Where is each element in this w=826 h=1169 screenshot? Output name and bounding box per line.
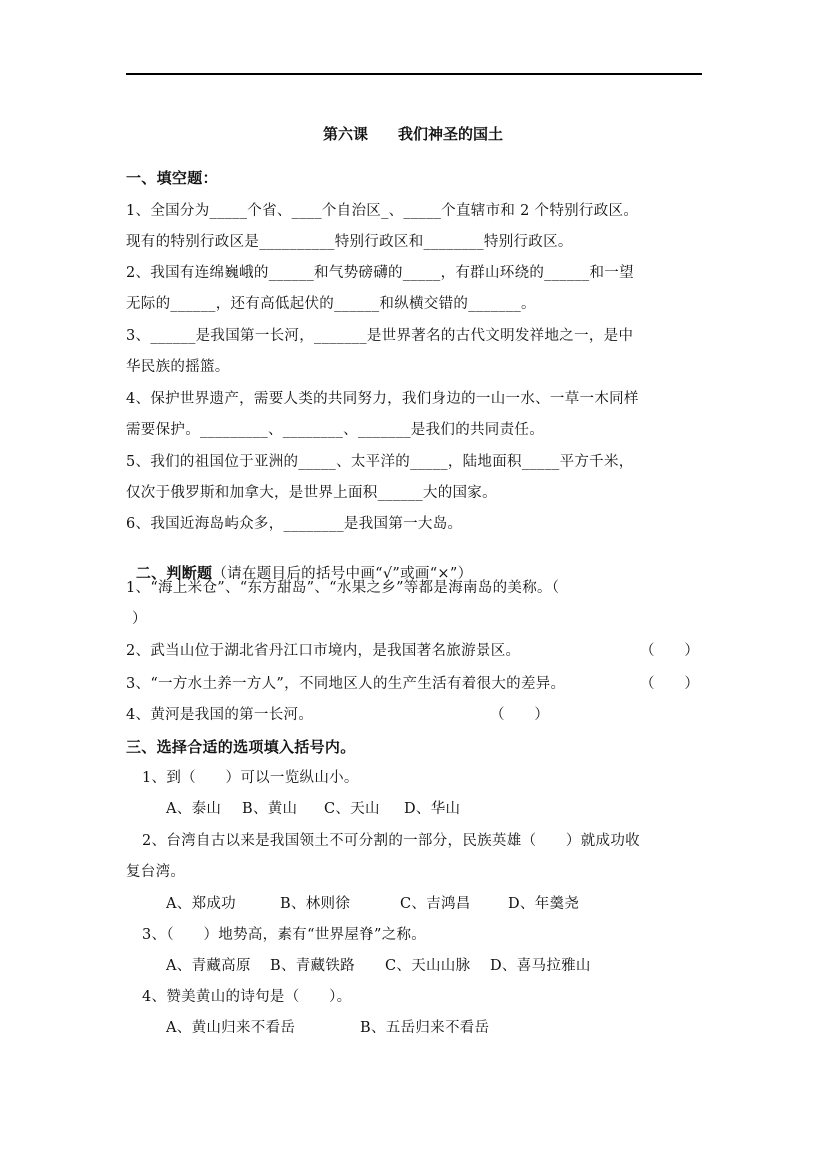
option[interactable]: C、吉鸿昌 [400,895,471,913]
option[interactable]: C、天山 [324,800,380,818]
true-false-item: 4、黄河是我国的第一长河。 [126,706,313,724]
fill-blank-line: 仅次于俄罗斯和加拿大，是世界上面积______大的国家。 [126,484,497,502]
fill-blank-line: 3、______是我国第一长河，_______是世界著名的古代文明发祥地之一，是… [126,327,633,345]
section-heading-fill-blank: 一、填空题： [126,169,218,187]
true-false-item: 1、“海上米仓”、“东方甜岛”、“水果之乡”等都是海南岛的美称。（ [126,579,559,597]
option[interactable]: B、青藏铁路 [270,957,355,975]
option[interactable]: D、年羹尧 [508,895,579,913]
fill-blank-line: 5、我们的祖国位于亚洲的_____、太平洋的_____，陆地面积_____平方千… [126,453,634,471]
question-stem: 2、台湾自古以来是我国领土不可分割的一部分，民族英雄（ ）就成功收 [142,832,640,850]
option[interactable]: A、青藏高原 [166,957,251,975]
option[interactable]: B、五岳归来不看岳 [360,1019,489,1037]
option[interactable]: A、泰山 [166,800,221,818]
true-false-item: 2、武当山位于湖北省丹江口市境内，是我国著名旅游景区。 [126,642,520,660]
option[interactable]: A、郑成功 [166,895,236,913]
option[interactable]: D、华山 [404,800,460,818]
option[interactable]: A、黄山归来不看岳 [166,1019,295,1037]
fill-blank-line: 2、我国有连绵巍峨的______和气势磅礴的_____，有群山环绕的______… [126,264,634,282]
page-title: 第六课 我们神圣的国土 [0,123,826,144]
question-stem-cont: 复台湾。 [126,863,185,881]
header-rule [126,73,702,75]
fill-blank-line: 需要保护。_________、________、_______是我们的共同责任。 [126,421,544,439]
answer-paren[interactable]: （ ） [490,706,549,724]
fill-blank-line: 6、我国近海岛屿众多，________是我国第一大岛。 [126,515,462,533]
true-false-item: 3、“一方水土养一方人”，不同地区人的生产生活有着很大的差异。 [126,675,565,693]
fill-blank-line: 华民族的摇篮。 [126,358,230,376]
question-stem: 3、（ ）地势高，素有“世界屋脊”之称。 [142,926,426,944]
true-false-paren-cont: ） [132,610,147,628]
option[interactable]: C、天山山脉 [385,957,470,975]
question-stem: 1、到（ ）可以一览纵山小。 [142,769,359,787]
fill-blank-line: 4、保护世界遗产，需要人类的共同努力，我们身边的一山一水、一草一木同样 [126,390,639,408]
question-stem: 4、赞美黄山的诗句是（ ）。 [142,988,351,1006]
option[interactable]: B、林则徐 [280,895,350,913]
fill-blank-line: 现有的特别行政区是__________特别行政区和________特别行政区。 [126,233,573,251]
section-heading-true-false: 二、判断题（请在题目后的括号中画“√”或画“×”） [126,546,472,583]
fill-blank-line: 1、全国分为_____个省、____个自治区_、_____个直辖市和 2 个特别… [126,202,638,220]
option[interactable]: B、黄山 [242,800,297,818]
fill-blank-line: 无际的______，还有高低起伏的______和纵横交错的_______。 [126,295,536,313]
option[interactable]: D、喜马拉雅山 [490,957,591,975]
answer-paren[interactable]: （ ） [640,642,699,660]
answer-paren[interactable]: （ ） [640,675,699,693]
section-heading-multiple-choice: 三、选择合适的选项填入括号内。 [126,738,356,756]
